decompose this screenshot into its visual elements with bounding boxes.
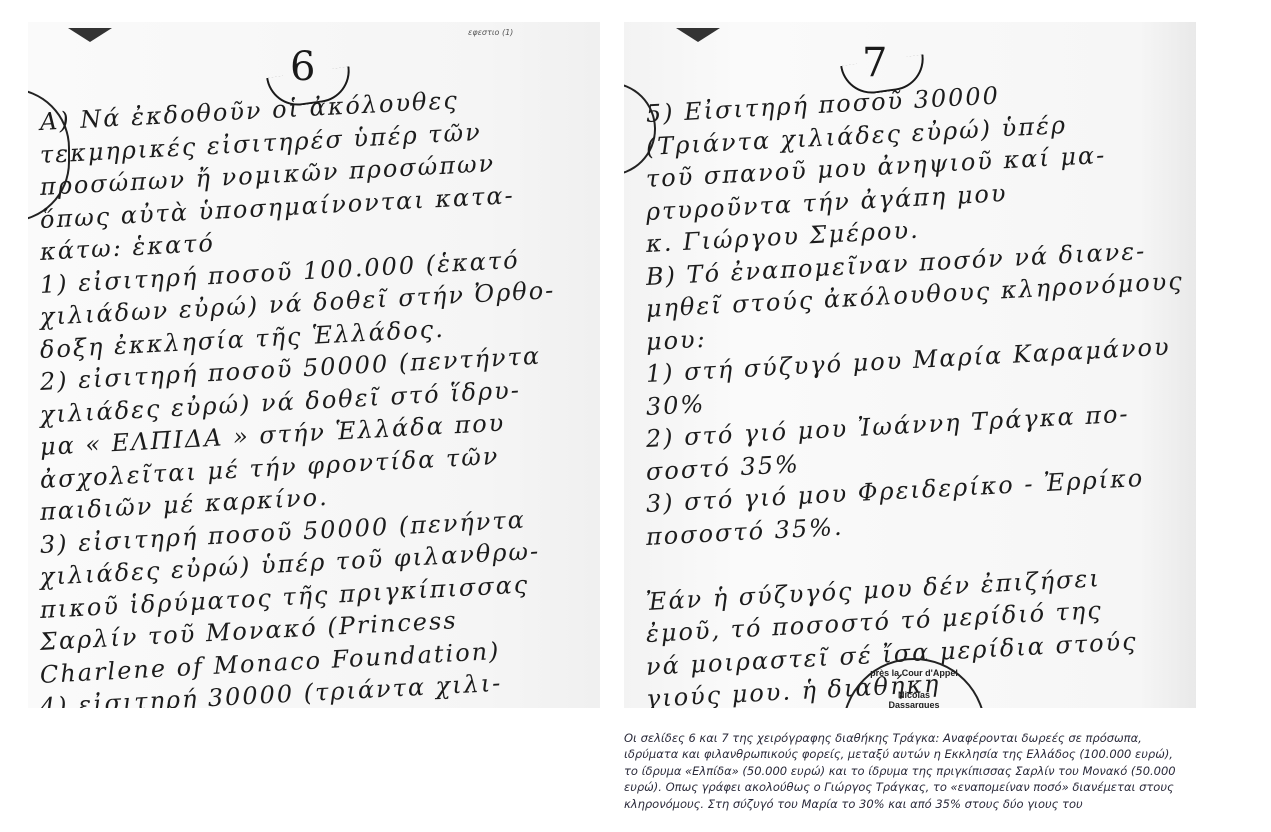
stamp-surname: Dassargues (874, 700, 954, 708)
will-page-7-scan: 7 5) Εἰσιτηρή ποσοῦ 30000 (Τριάντα χιλιά… (624, 22, 1196, 708)
image-caption: Οι σελίδες 6 και 7 της χειρόγραφης διαθή… (624, 730, 1184, 813)
will-page-6-scan: εφεστιο (1) 6 Α) Νά ἐκδοθοῦν οἱ ἀκόλουθε… (28, 22, 600, 708)
corner-note: εφεστιο (1) (468, 28, 513, 37)
folded-corner-marker-icon (676, 28, 720, 42)
stamp-top-text: près la Cour d'Appel (854, 668, 974, 678)
handwritten-text: Α) Νά ἐκδοθοῦν οἱ ἀκόλουθες τεκμηρικές ε… (40, 106, 600, 708)
stamp-name: Nicolas (874, 690, 954, 700)
handwritten-text: 5) Εἰσιτηρή ποσοῦ 30000 (Τριάντα χιλιάδε… (646, 98, 1196, 708)
folded-corner-marker-icon (68, 28, 112, 42)
